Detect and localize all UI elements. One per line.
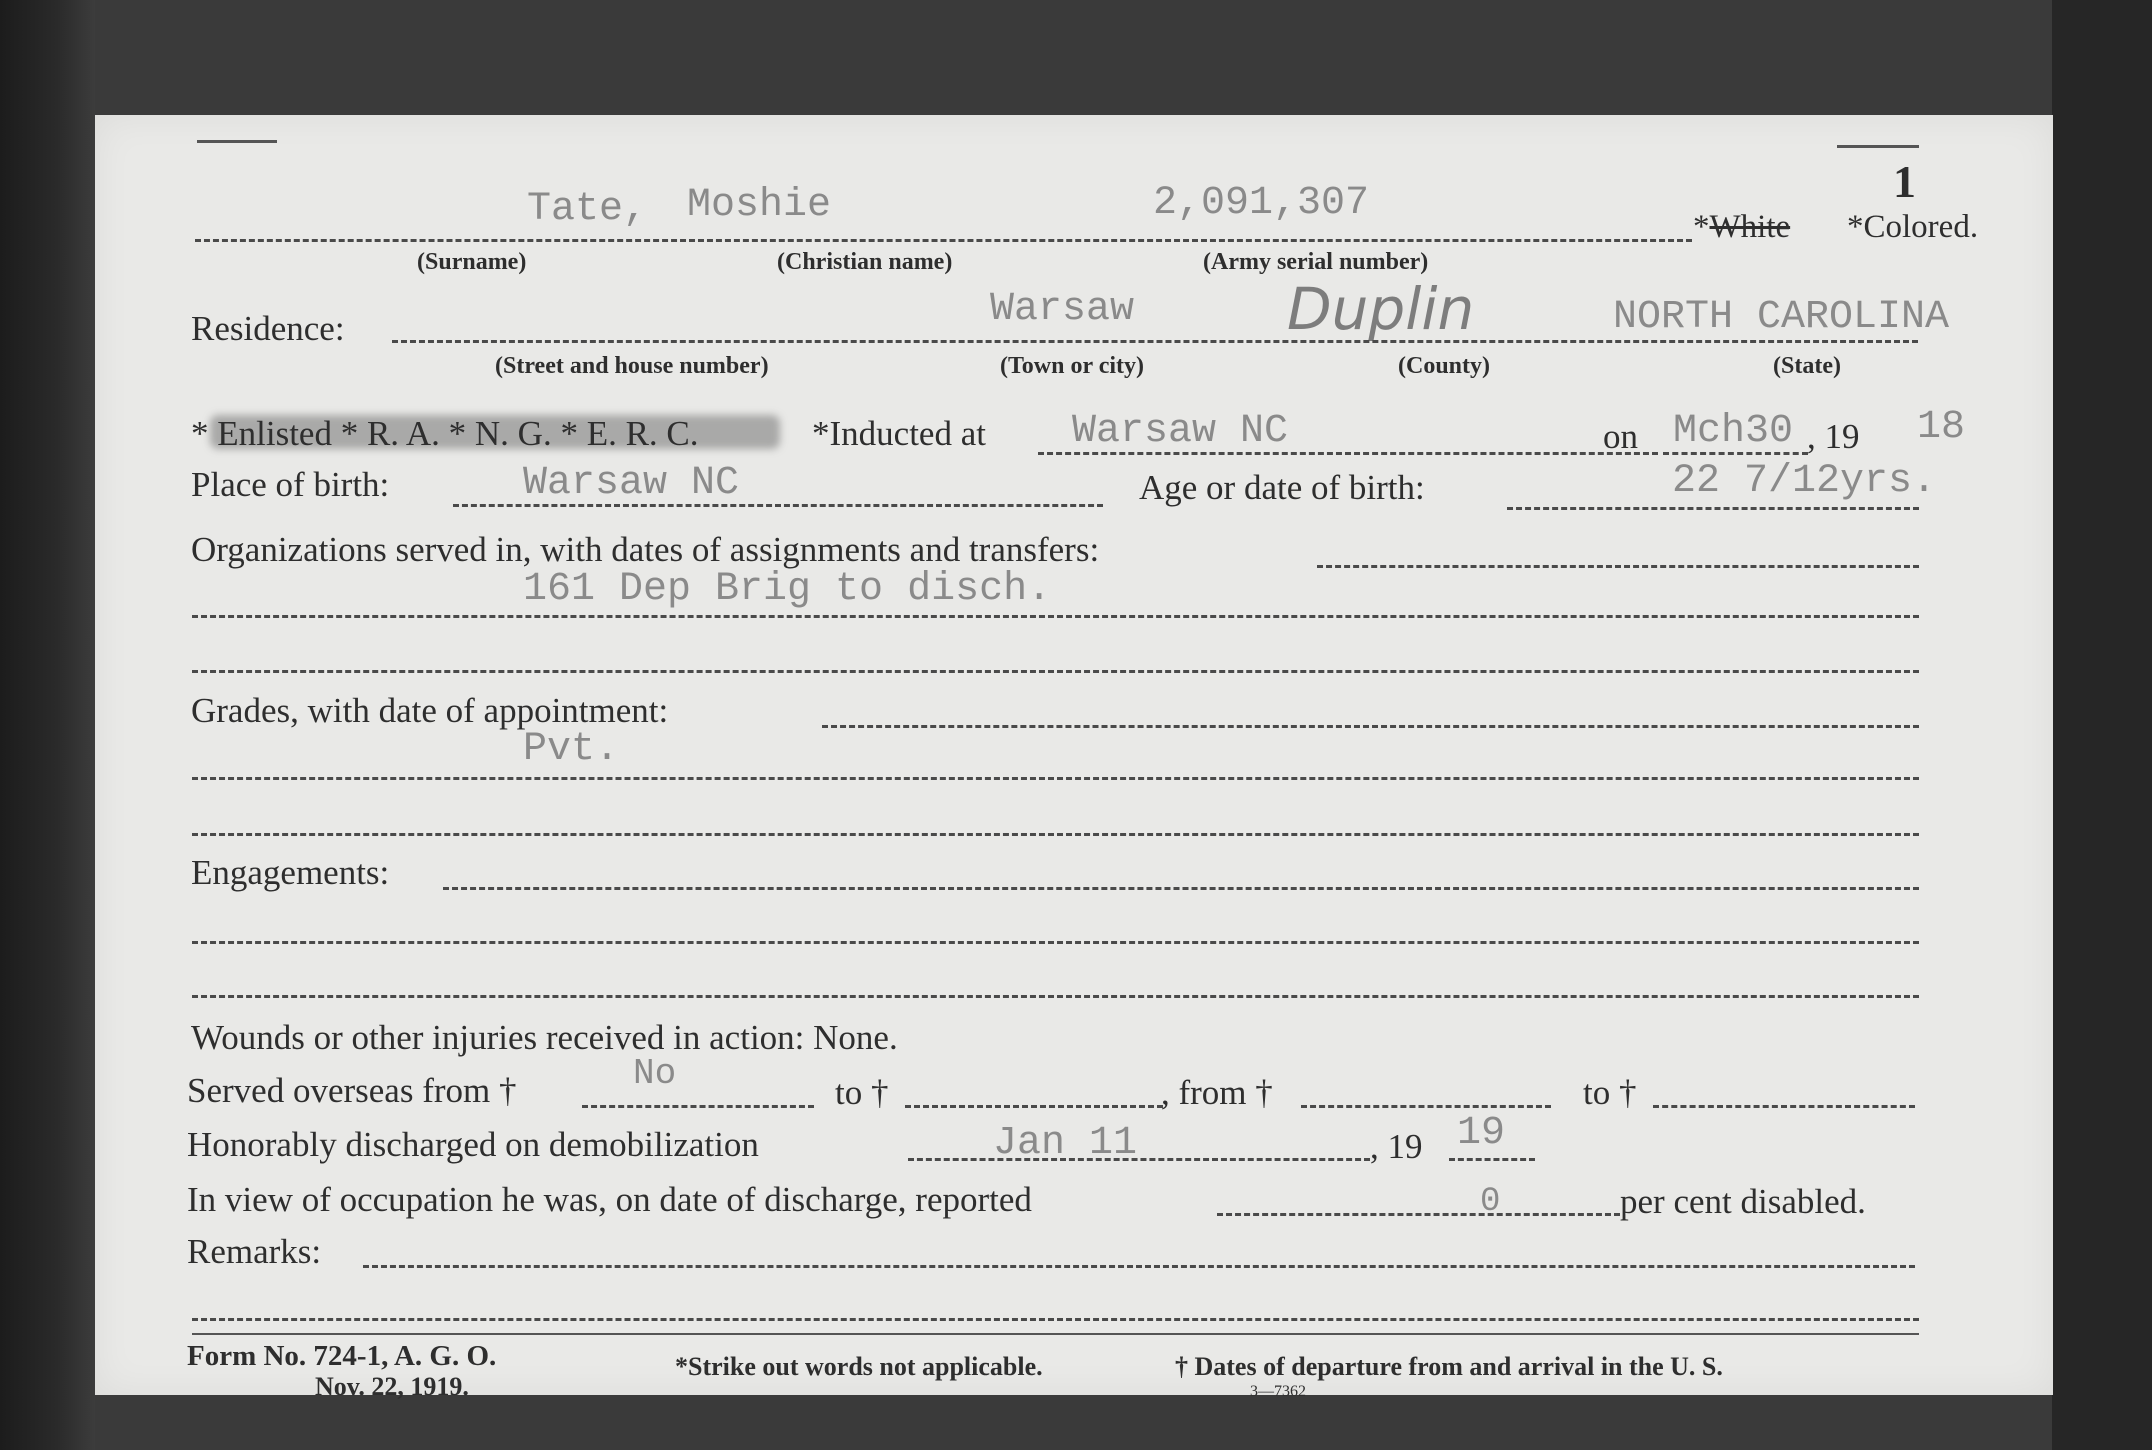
disability-line [1217,1213,1620,1216]
scanner-background-right [2052,0,2152,1450]
service-record-card: 1 Tate, Moshie 2,091,307 *White *Colored… [95,115,2053,1395]
place-of-birth-label: Place of birth: [191,465,389,505]
organizations-value: 161 Dep Brig to disch. [523,567,1051,612]
age-line [1507,507,1919,510]
engagements-line-2 [192,941,1919,944]
race-colored: *Colored. [1847,209,1978,246]
residence-county-value: Duplin [1287,275,1474,343]
inducted-at-value: Warsaw NC [1072,409,1288,454]
discharge-year-value: 19 [1457,1111,1505,1156]
discharge-label: Honorably discharged on demobilization [187,1125,759,1165]
inducted-line [1038,452,1658,455]
scanner-background-left [0,0,95,1450]
corner-mark-right [1837,145,1919,148]
footer-divider [192,1333,1919,1335]
place-of-birth-line [453,504,1103,507]
residence-town-value: Warsaw [990,287,1134,332]
disability-label: In view of occupation he was, on date of… [187,1180,1032,1220]
overseas-from2-line [1301,1105,1551,1108]
inducted-at-label: *Inducted at [812,414,986,454]
wounds-label: Wounds or other injuries received in act… [191,1018,898,1058]
age-value: 22 7/12yrs. [1672,459,1936,504]
grades-line-1 [822,725,1919,728]
county-caption: (County) [1398,353,1490,380]
engagements-line-3 [192,995,1919,998]
discharge-date-line [908,1158,1370,1161]
inducted-year-prefix: , 19 [1807,417,1860,457]
grades-label: Grades, with date of appointment: [191,691,668,731]
enlistment-type: * Enlisted * R. A. * N. G. * E. R. C. [191,414,699,454]
residence-label: Residence: [191,309,345,349]
form-date: Nov. 22, 1919. [315,1372,469,1402]
inducted-date-value: Mch30 [1673,409,1793,454]
overseas-from-line [582,1105,814,1108]
grades-value: Pvt. [523,727,619,772]
form-number: Form No. 724-1, A. G. O. [187,1340,496,1373]
race-white: *White [1693,209,1790,246]
age-label: Age or date of birth: [1139,468,1425,508]
wounds-value: None. [813,1018,898,1057]
inducted-on-label: on [1603,417,1638,457]
discharge-year-prefix: , 19 [1370,1127,1423,1167]
corner-mark-left [197,140,277,143]
dates-note: † Dates of departure from and arrival in… [1175,1352,1723,1382]
strike-note: *Strike out words not applicable. [675,1352,1043,1382]
state-caption: (State) [1773,353,1841,380]
organizations-label: Organizations served in, with dates of a… [191,530,1099,570]
grades-line-2 [192,777,1919,780]
christian-name-value: Moshie [687,183,831,228]
overseas-to2-label: to † [1583,1073,1636,1113]
engagements-label: Engagements: [191,853,389,893]
grades-line-3 [192,833,1919,836]
overseas-to2-line [1653,1105,1915,1108]
inducted-date-line [1663,452,1808,455]
disability-value: 0 [1480,1183,1500,1221]
overseas-from2-label: , from † [1161,1073,1273,1113]
remarks-line-2 [192,1318,1919,1321]
inducted-year-value: 18 [1917,405,1965,450]
surname-value: Tate, [527,187,647,232]
place-of-birth-value: Warsaw NC [523,461,739,506]
overseas-from-label: Served overseas from † [187,1071,516,1111]
overseas-from-value: No [633,1053,676,1094]
remarks-line-1 [363,1265,1915,1268]
card-number: 1 [1893,155,1916,208]
engagements-line-1 [443,887,1919,890]
serial-caption: (Army serial number) [1203,249,1428,276]
print-code: 3—7362 [1250,1383,1306,1401]
christian-name-caption: (Christian name) [777,249,952,276]
name-line [195,239,1692,242]
overseas-to-line [905,1105,1163,1108]
disability-suffix: per cent disabled. [1620,1182,1866,1222]
town-caption: (Town or city) [1000,353,1144,380]
street-caption: (Street and house number) [495,353,769,380]
remarks-label: Remarks: [187,1232,321,1272]
organizations-line-2 [192,615,1919,618]
organizations-line-1 [1317,565,1919,568]
discharge-year-line [1449,1158,1535,1161]
army-serial-value: 2,091,307 [1153,181,1369,226]
overseas-to-label: to † [835,1073,888,1113]
organizations-line-3 [192,670,1919,673]
residence-state-value: NORTH CAROLINA [1613,295,1949,340]
residence-line [392,340,1918,343]
surname-caption: (Surname) [417,249,526,276]
